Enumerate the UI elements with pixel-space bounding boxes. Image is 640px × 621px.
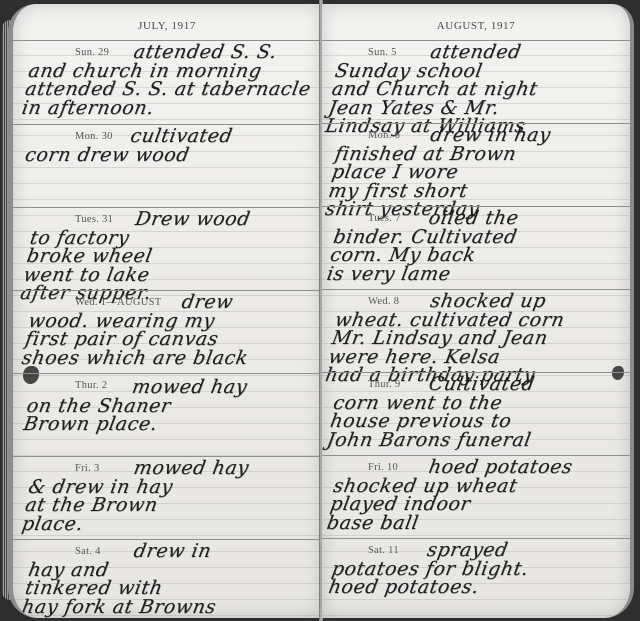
diary-day-fri-10: Fri. 10 hoed potatoes shocked up wheat p… (322, 455, 630, 539)
left-page-july: JULY, 1917 Sun. 29 attended S. S. and ch… (8, 4, 321, 618)
handwritten-entry: attended S. S. and church in morning att… (20, 43, 321, 117)
handwritten-entry: drew in hay finished at Brown place I wo… (324, 126, 632, 219)
handwritten-entry: attended Sunday school and Church at nig… (324, 43, 632, 136)
diary-day-wed-8: Wed. 8 shocked up wheat. cultivated corn… (322, 289, 630, 373)
handwritten-entry: Drew wood to factory broke wheel went to… (19, 210, 321, 303)
diary-day-sun-5: Sun. 5 attended Sunday school and Church… (322, 40, 630, 124)
diary-day-sat-11: Sat. 11 sprayed potatoes for blight. hoe… (322, 538, 630, 618)
handwritten-entry: drew in hay and tinkered with hay fork a… (20, 542, 321, 616)
handwritten-entry: sprayed potatoes for blight. hoed potato… (327, 541, 629, 597)
handwritten-entry: oiled the binder. Cultivated corn. My ba… (325, 209, 630, 283)
handwritten-entry: mowed hay on the Shaner Brown place. (22, 378, 320, 434)
diary-spread: JULY, 1917 Sun. 29 attended S. S. and ch… (0, 0, 640, 621)
diary-day-tues-7: Tues. 7 oiled the binder. Cultivated cor… (322, 206, 630, 290)
diary-day-sun-29: Sun. 29 attended S. S. and church in mor… (13, 40, 321, 102)
handwritten-entry: cultivated corn drew wood (24, 127, 319, 164)
handwritten-entry: shocked up wheat. cultivated corn Mr. Li… (324, 292, 632, 385)
diary-day-sat-4: Sat. 4 drew in hay and tinkered with hay… (13, 539, 321, 618)
handwritten-entry: Cultivated corn went to the house previo… (325, 375, 630, 449)
diary-day-thur-2: Thur. 2 mowed hay on the Shaner Brown pl… (13, 373, 321, 453)
diary-day-tues-31: Tues. 31 Drew wood to factory broke whee… (13, 207, 321, 287)
month-header-july: JULY, 1917 (13, 20, 321, 32)
right-page-august: AUGUST, 1917 Sun. 5 attended Sunday scho… (322, 4, 634, 618)
diary-day-wed-1: Wed. 1—AUGUST drew wood. wearing my firs… (13, 290, 321, 370)
handwritten-entry: hoed potatoes shocked up wheat played in… (325, 458, 630, 532)
diary-day-fri-3: Fri. 3 mowed hay & drew in hay at the Br… (13, 456, 321, 536)
month-header-august: AUGUST, 1917 (322, 20, 630, 32)
diary-day-thur-9: Thur. 9 Cultivated corn went to the hous… (322, 372, 630, 456)
handwritten-entry: mowed hay & drew in hay at the Brown pla… (20, 459, 321, 533)
diary-day-mon-30: Mon. 30 cultivated corn drew wood (13, 124, 321, 184)
diary-day-mon-6: Mon. 6 drew in hay finished at Brown pla… (322, 123, 630, 207)
handwritten-entry: drew wood. wearing my first pair of canv… (20, 293, 321, 367)
